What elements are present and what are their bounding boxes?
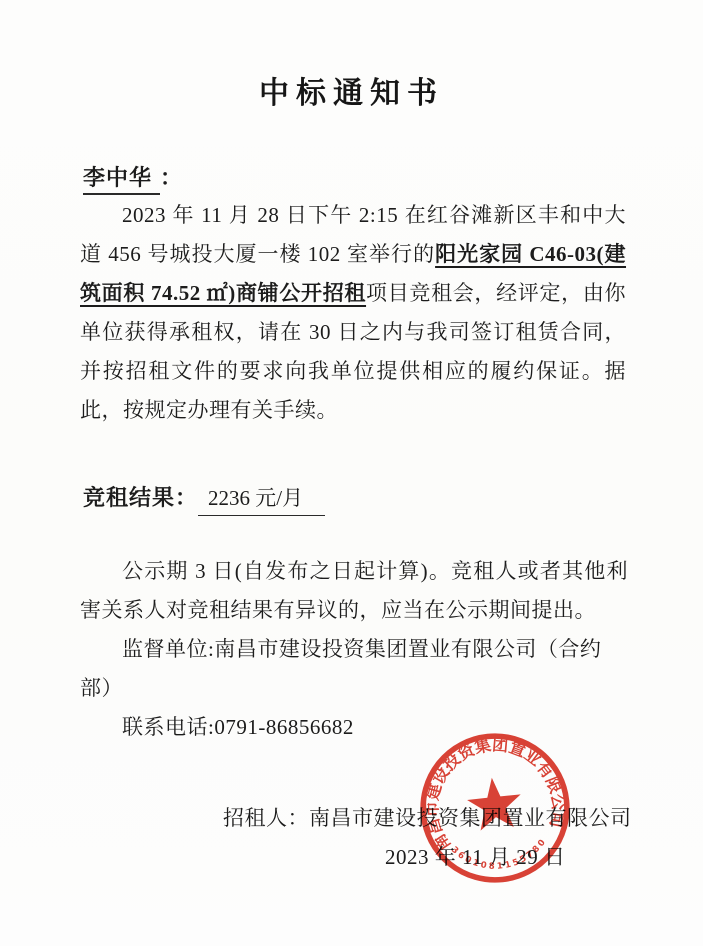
supervisor-unit-line: 监督单位:南昌市建设投资集团置业有限公司（合约部）	[80, 630, 628, 708]
recipient-line: 李中华：	[83, 161, 183, 195]
bid-result-line: 竞租结果：2236 元/月	[83, 481, 325, 516]
recipient-name: 李中华	[83, 161, 160, 195]
bid-result-label: 竞租结果：	[83, 485, 198, 510]
lessor-signature-line: 招租人：南昌市建设投资集团置业有限公司	[223, 802, 632, 832]
publicity-period-text: 公示期 3 日(自发布之日起计算)。竞租人或者其他利害关系人对竞租结果有异议的，…	[80, 552, 628, 630]
recipient-colon: ：	[160, 165, 183, 190]
contact-phone-line: 联系电话:0791-86856682	[80, 708, 628, 747]
bid-result-value: 2236 元/月	[198, 482, 325, 516]
signature-date: 2023 年 11 月 29 日	[385, 841, 565, 871]
publicity-notice-block: 公示期 3 日(自发布之日起计算)。竞租人或者其他利害关系人对竞租结果有异议的，…	[80, 552, 628, 747]
body-paragraph: 2023 年 11 月 28 日下午 2:15 在红谷滩新区丰和中大道 456 …	[80, 196, 626, 430]
document-page: 中标通知书 李中华： 2023 年 11 月 28 日下午 2:15 在红谷滩新…	[0, 0, 703, 946]
document-title: 中标通知书	[0, 68, 703, 112]
